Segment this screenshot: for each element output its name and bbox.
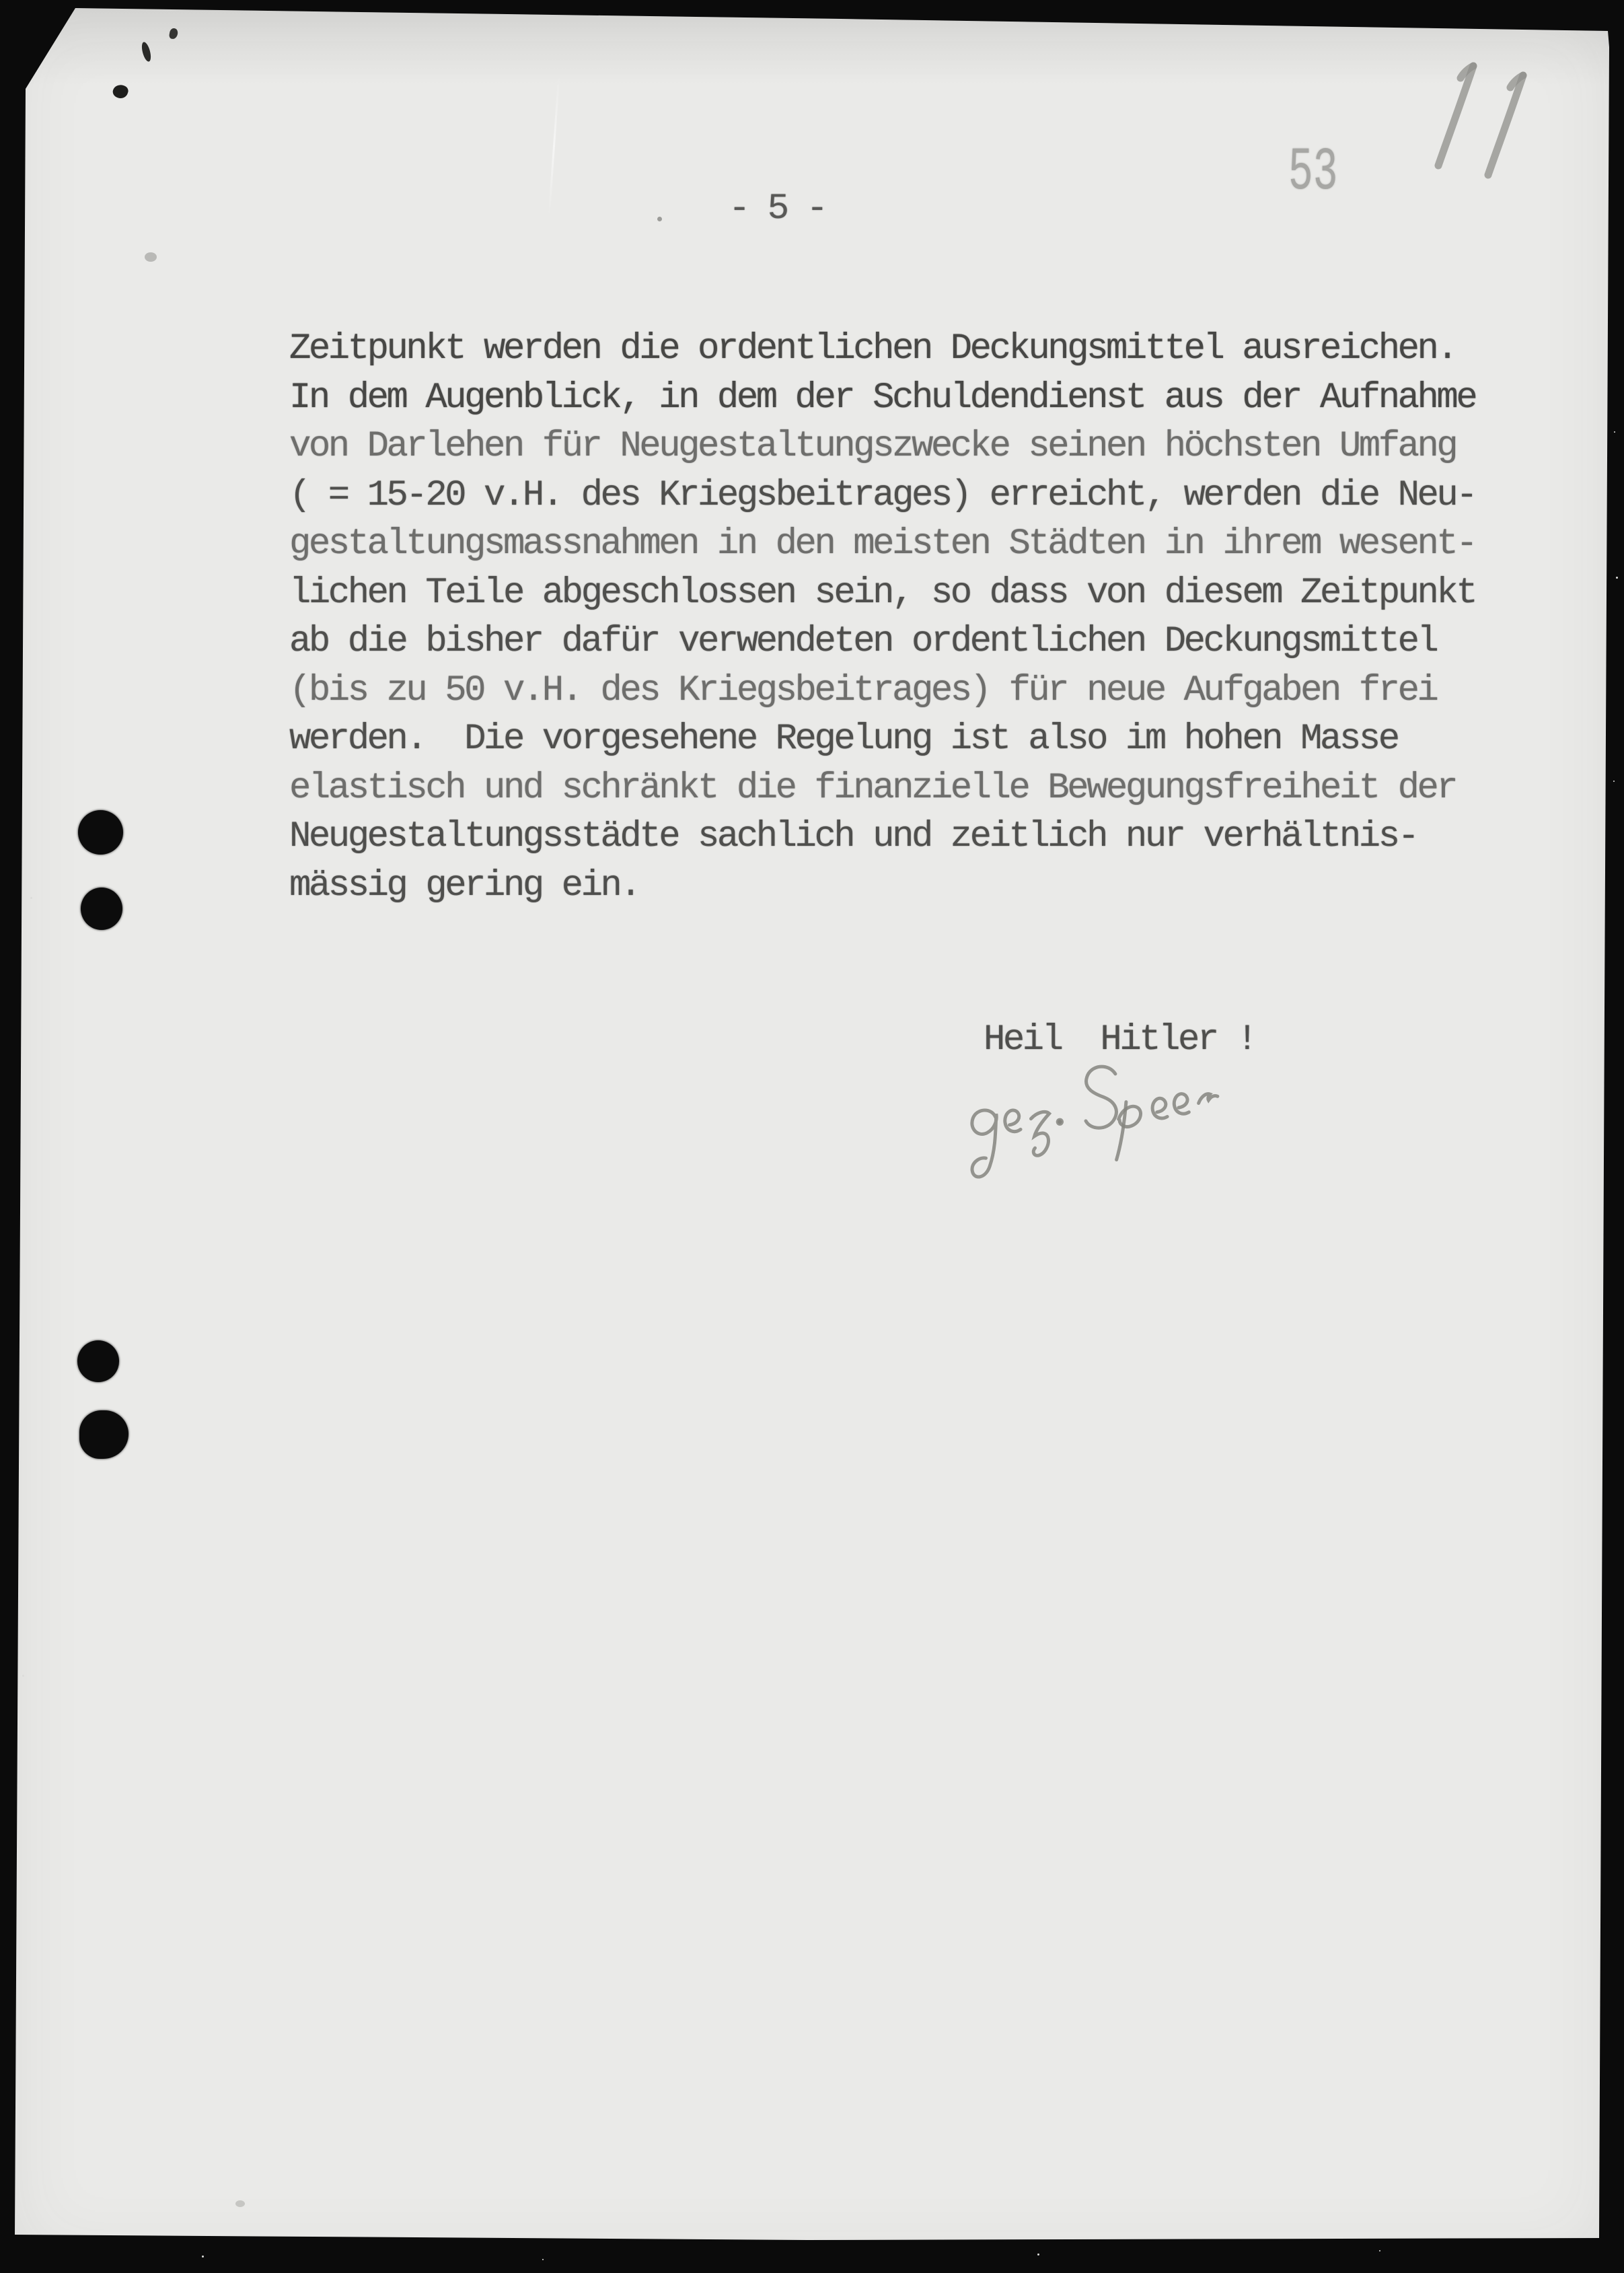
document-page: - 5 - 53 Zeitpunkt werden die ordentlich… [0, 0, 1624, 2273]
body-line: elastisch und schränkt die finanzielle B… [289, 764, 1475, 814]
paper-smudge [235, 2200, 245, 2207]
dust-speck [202, 2256, 204, 2258]
body-line: Neugestaltungsstädte sachlich und zeitli… [289, 813, 1475, 862]
dust-speck [542, 2259, 544, 2260]
body-line: lichen Teile abgeschlossen sein, so dass… [289, 569, 1475, 618]
body-line: In dem Augenblick, in dem der Schuldendi… [289, 374, 1475, 423]
punch-hole [78, 810, 123, 855]
folio-number-pencil-mark [1426, 52, 1544, 184]
dust-speck [1614, 431, 1615, 433]
body-line: mässig gering ein. [289, 862, 1475, 911]
dust-speck [22, 1675, 24, 1677]
page-number: - 5 - [729, 185, 826, 233]
dust-speck [1379, 2250, 1380, 2251]
signature-gez-speer [959, 1043, 1234, 1192]
punch-hole [81, 888, 122, 930]
punch-hole [77, 1340, 119, 1382]
dust-speck [1613, 781, 1615, 782]
scanned-document: - 5 - 53 Zeitpunkt werden die ordentlich… [0, 0, 1624, 2273]
body-line: gestaltungsmassnahmen in den meisten Stä… [289, 520, 1475, 569]
dust-speck [1037, 2253, 1039, 2256]
body-line: von Darlehen für Neugestaltungszwecke se… [289, 423, 1475, 472]
paper-edge-shading [0, 0, 1624, 114]
paper-smudge [145, 252, 157, 262]
archive-stamp-number: 53 [1288, 138, 1337, 207]
body-text: Zeitpunkt werden die ordentlichen Deckun… [289, 325, 1475, 910]
paper-smudge [657, 217, 662, 221]
body-line: (bis zu 50 v.H. des Kriegsbeitrages) für… [289, 667, 1475, 716]
dust-speck [30, 897, 32, 899]
dust-speck [1616, 577, 1618, 579]
body-line: Zeitpunkt werden die ordentlichen Deckun… [289, 325, 1475, 374]
punch-hole [79, 1410, 128, 1459]
body-line: ( = 15-20 v.H. des Kriegsbeitrages) erre… [289, 472, 1475, 521]
body-line: ab die bisher dafür verwendeten ordentli… [289, 618, 1475, 667]
body-line: werden. Die vorgesehene Regelung ist als… [289, 715, 1475, 764]
